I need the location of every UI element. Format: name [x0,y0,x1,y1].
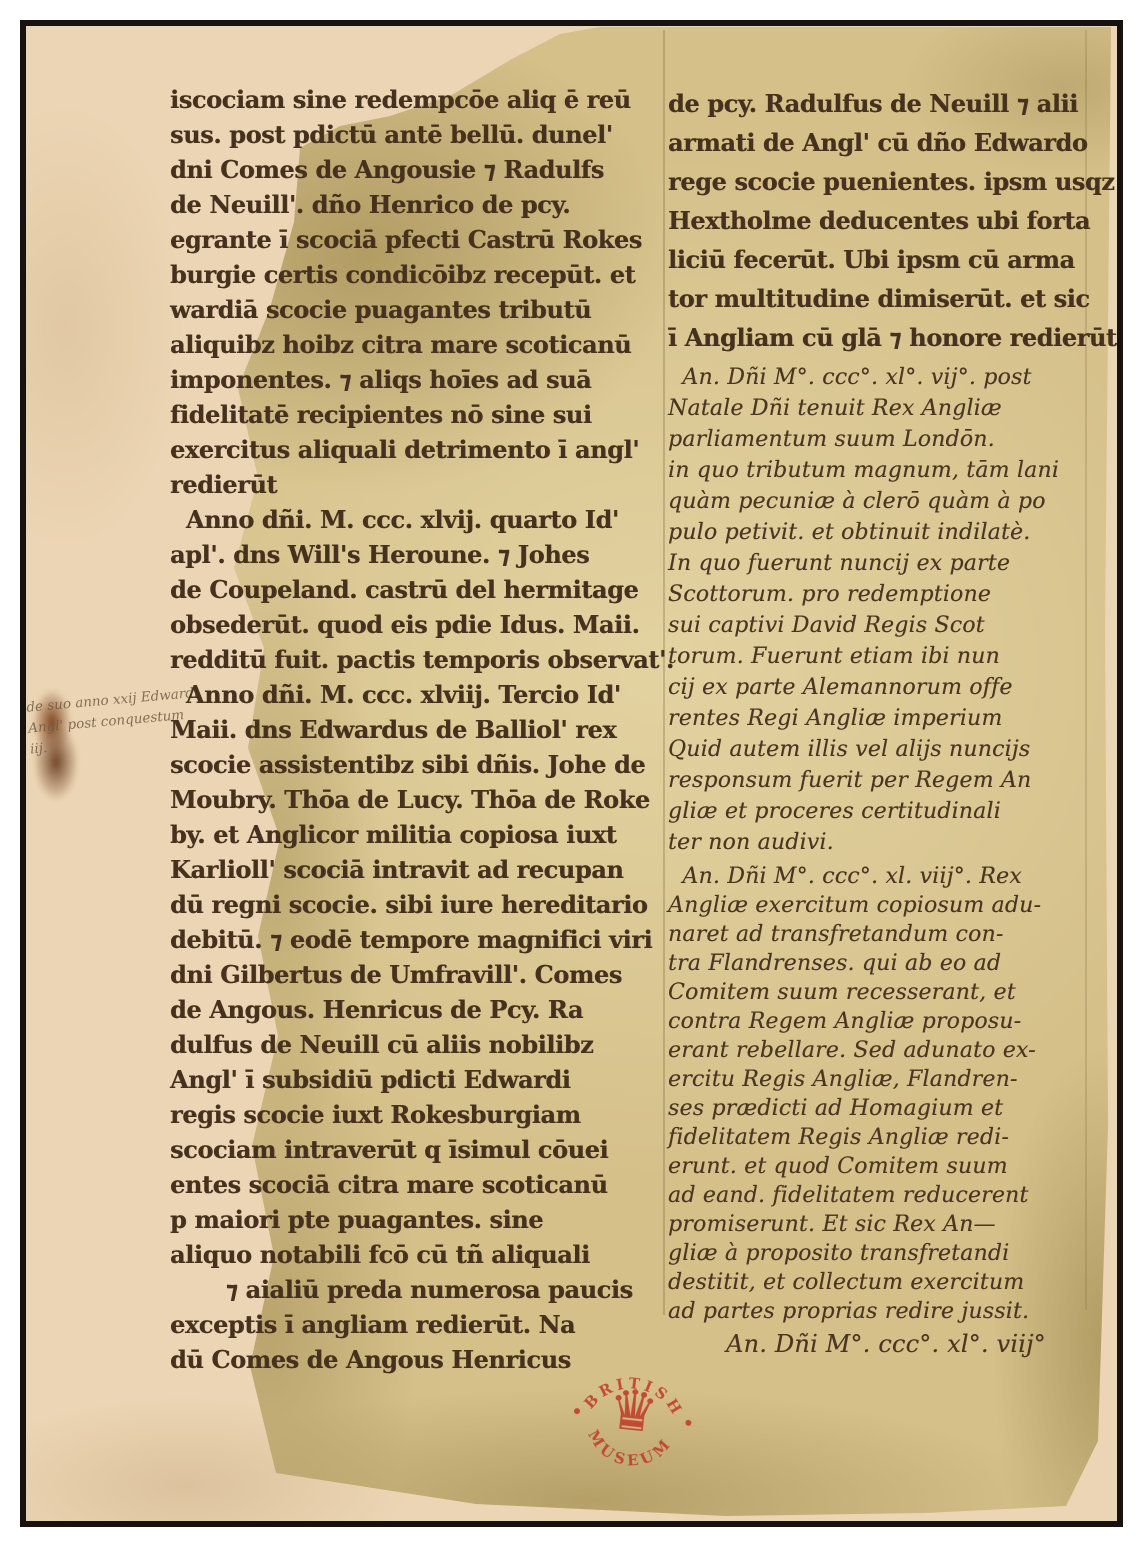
album-mount: de suo anno xxij EdwardiAngl' post conqu… [26,26,1117,1521]
text-line: ses prædicti ad Homagium et [668,1094,1114,1123]
text-line: Comitem suum recesserant, et [668,978,1114,1007]
text-line: redditū fuit. pactis temporis observat'. [170,642,662,677]
right-text-paragraph-1348: An. Dñi M°. ccc°. xl. viij°. RexAngliæ e… [668,862,1114,1326]
text-line: Hextholme deducentes ubi forta [668,201,1108,240]
text-line: de Neuill'. dño Henrico de pcy. [170,187,662,222]
text-line: egrante ī scociā pfecti Castrū Rokes [170,222,662,257]
text-line: regis scocie iuxt Rokesburgiam [170,1097,662,1132]
text-line: dni Gilbertus de Umfravill'. Comes [170,957,662,992]
text-line: dulfus de Neuill cū aliis nobilibz [170,1027,662,1062]
text-line: destitit, et collectum exercitum [668,1268,1114,1297]
text-line: cij ex parte Alemannorum offe [668,672,1114,703]
left-text-column: iscociam sine redempcōe aliq ē reūsus. p… [170,82,662,1377]
text-line: Anno dñi. M. ccc. xlvij. quarto Id' [170,502,662,537]
right-text-paragraph-1347: An. Dñi M°. ccc°. xl°. vij°. postNatale … [668,362,1114,858]
british-museum-stamp: BRITISH MUSEUM ♛ [556,1337,710,1491]
text-line: sui captivi David Regis Scot [668,610,1114,641]
manuscript-photograph-page: { "document": { "type": "medieval manusc… [0,0,1143,1547]
text-line: fidelitatē recipientes nō sine sui [170,397,662,432]
text-line: entes scociā citra mare scoticanū [170,1167,662,1202]
text-line: de Angous. Henricus de Pcy. Ra [170,992,662,1027]
text-line: p maiori pte puagantes. sine [170,1202,662,1237]
stamp-left-dot [574,1408,581,1415]
text-line: wardiā scocie puagantes tributū [170,292,662,327]
text-line: promiserunt. Et sic Rex An— [668,1210,1114,1239]
text-line: rege scocie puenientes. ipsm usqz [668,162,1108,201]
text-line: naret ad transfretandum con- [668,920,1114,949]
text-line: obsederūt. quod eis pdie Idus. Maii. [170,607,662,642]
text-line: aliquibz hoibz citra mare scoticanū [170,327,662,362]
text-line: de Coupeland. castrū del hermitage [170,572,662,607]
text-line: armati de Angl' cū dño Edwardo [668,123,1108,162]
text-line: aliquo notabili fcō cū tñ aliquali [170,1237,662,1272]
photo-frame: de suo anno xxij EdwardiAngl' post conqu… [20,20,1123,1527]
text-line: Angl' ī subsidiū pdicti Edwardi [170,1062,662,1097]
text-line: contra Regem Angliæ proposu- [668,1007,1114,1036]
text-line: Moubry. Thōa de Lucy. Thōa de Roke [170,782,662,817]
text-line: de pcy. Radulfus de Neuill ⁊ alii [668,84,1108,123]
text-line: responsum fuerit per Regem An [668,765,1114,796]
text-line: redierūt [170,467,662,502]
text-line: ī Angliam cū glā ⁊ honore redierūt. [668,318,1108,357]
text-line: tor multitudine dimiserūt. et sic [668,279,1108,318]
text-line: apl'. dns Will's Heroune. ⁊ Johes [170,537,662,572]
text-line: pulo petivit. et obtinuit indilatè. [668,517,1114,548]
text-line: liciū fecerūt. Ubi ipsm cū arma [668,240,1108,279]
text-line: Quid autem illis vel alijs nuncijs [668,734,1114,765]
text-line: exceptis ī angliam redierūt. Na [170,1307,662,1342]
text-line: Karlioll' scociā intravit ad recupan [170,852,662,887]
text-line: ⁊ aialiū preda numerosa paucis [170,1272,662,1307]
text-line: Natale Dñi tenuit Rex Angliæ [668,393,1114,424]
text-line: iscociam sine redempcōe aliq ē reū [170,82,662,117]
text-line: ad partes proprias redire jussit. [668,1297,1114,1326]
text-line: erunt. et quod Comitem suum [668,1152,1114,1181]
text-line: fidelitatem Regis Angliæ redi- [668,1123,1114,1152]
text-line: Scottorum. pro redemptione [668,579,1114,610]
year-heading-line: An. Dñi M°. ccc°. xl°. viij° [726,1329,1117,1359]
text-line: dni Comes de Angousie ⁊ Radulfs [170,152,662,187]
text-line: erant rebellare. Sed adunato ex- [668,1036,1114,1065]
text-line: gliæ et proceres certitudinali [668,796,1114,827]
text-line: scocie assistentibz sibi dñis. Johe de [170,747,662,782]
text-line: parliamentum suum Londōn. [668,424,1114,455]
text-line: exercitus aliquali detrimento ī angl' [170,432,662,467]
text-line: Angliæ exercitum copiosum adu- [668,891,1114,920]
text-line: Anno dñi. M. ccc. xlviij. Tercio Id' [170,677,662,712]
text-line: dū regni scocie. sibi iure hereditario [170,887,662,922]
stamp-right-dot [685,1420,692,1427]
text-line: ad eand. fidelitatem reducerent [668,1181,1114,1210]
crown-icon: ♛ [605,1377,662,1447]
text-line: scociam intraverūt q īsimul cōuei [170,1132,662,1167]
text-line: sus. post pdictū antē bellū. dunel' [170,117,662,152]
text-line: debitū. ⁊ eodē tempore magnifici viri [170,922,662,957]
text-line: An. Dñi M°. ccc°. xl. viij°. Rex [668,862,1114,891]
text-line: by. et Anglicor militia copiosa iuxt [170,817,662,852]
text-line: ter non audivi. [668,827,1114,858]
text-line: torum. Fuerunt etiam ibi nun [668,641,1114,672]
text-line: in quo tributum magnum, tām lani [668,455,1114,486]
text-line: tra Flandrenses. qui ab eo ad [668,949,1114,978]
text-line: In quo fuerunt nuncij ex parte [668,548,1114,579]
text-line: rentes Regi Angliæ imperium [668,703,1114,734]
text-line: An. Dñi M°. ccc°. xl°. vij°. post [668,362,1114,393]
text-line: quàm pecuniæ à clerō quàm à po [668,486,1114,517]
text-line: gliæ à proposito transfretandi [668,1239,1114,1268]
text-line: imponentes. ⁊ aliqs hoīes ad suā [170,362,662,397]
text-line: burgie certis condicōibz recepūt. et [170,257,662,292]
text-line: Maii. dns Edwardus de Balliol' rex [170,712,662,747]
right-text-column-gothic: de pcy. Radulfus de Neuill ⁊ aliiarmati … [668,84,1108,357]
text-line: ercitu Regis Angliæ, Flandren- [668,1065,1114,1094]
